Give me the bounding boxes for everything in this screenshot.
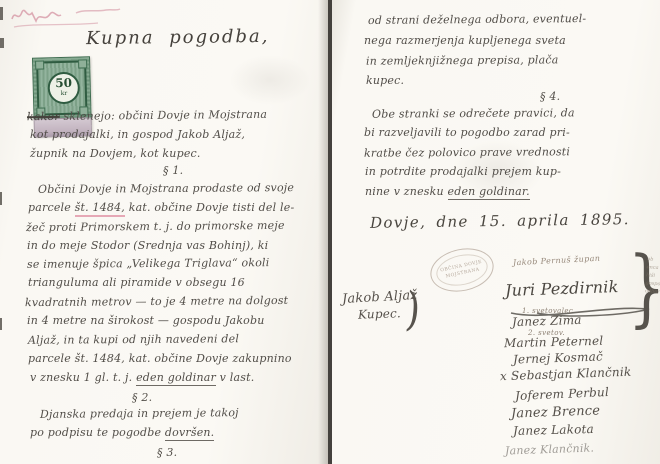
intro-line-2: kot prodajalki, in gospod Jakob Aljaž, bbox=[30, 129, 245, 141]
signature-member: Jernej Kosmač bbox=[513, 350, 603, 366]
contract-page-left: Kupna pogodba, 50 kr kakor sklenejo: obč… bbox=[0, 0, 328, 464]
section-1-price-line: v znesku 1 gl. t. j. eden goldinar v las… bbox=[30, 372, 254, 384]
scan-smudge bbox=[230, 55, 310, 105]
signature-member: Janez Klančnik. bbox=[505, 442, 595, 457]
section-4-line: bi razveljavili to pogodbo zarad pri- bbox=[364, 127, 570, 139]
section-1-line: Aljaž, in ta kupi od njih navedeni del bbox=[28, 333, 239, 347]
section-4-price-line: nine v znesku eden goldinar. bbox=[365, 186, 530, 198]
section-1-parcel-line: parcele št. 1484, kat. občine Dovje tist… bbox=[28, 202, 294, 214]
revenue-stamp-corner bbox=[78, 59, 87, 68]
struck-word: kakor bbox=[27, 110, 60, 123]
parcel-pre: parcele bbox=[28, 201, 75, 214]
paragraph-line: nega razmerjenja kupljenega sveta bbox=[364, 35, 566, 47]
intro-line-1: kakor sklenejo: občini Dovje in Mojstran… bbox=[27, 109, 267, 124]
closing-emphasis: dovršen. bbox=[165, 426, 214, 441]
page-gutter-shadow bbox=[318, 0, 328, 464]
revenue-stamp-unit: kr bbox=[50, 91, 78, 98]
buyer-bracket: ) bbox=[404, 283, 423, 335]
section-3-label: § 3. bbox=[157, 447, 177, 459]
contract-page-right: od strani deželnega odbora, eventuel- ne… bbox=[332, 0, 660, 464]
section-4-line: in potrdite prodajalki prejem kup- bbox=[365, 166, 561, 178]
scan-artifact bbox=[0, 7, 3, 20]
section-4-line: kratbe čez polovico prave vrednosti bbox=[364, 146, 570, 160]
council-margin-note: ob enca hiši gospode odbor bbox=[645, 255, 660, 296]
signature-member: Janez Brence bbox=[511, 404, 601, 421]
signature-buyer-role: Kupec. bbox=[358, 307, 401, 322]
signature-member: Martin Peternel bbox=[504, 335, 604, 351]
parcel-number-red-underline: št. 1484, bbox=[75, 201, 125, 217]
signature-councilor-1: Juri Pezdirnik bbox=[505, 278, 619, 300]
signature-member: x Sebastjan Klančnik bbox=[500, 366, 632, 384]
section-1-line: se imenuje špica „Velikega Triglava“ oko… bbox=[27, 257, 270, 271]
intro-line-1-text: sklenejo: občini Dovje in Mojstrana bbox=[63, 108, 267, 123]
price-emphasis: eden goldinar bbox=[136, 371, 216, 386]
document-title: Kupna pogodba, bbox=[86, 27, 270, 49]
section-4-label: § 4. bbox=[540, 91, 560, 103]
paragraph-line: in zemljeknjižnega prepisa, plača bbox=[366, 54, 559, 67]
signature-zupan: Jakob Pernuš župan bbox=[513, 255, 601, 268]
price-post: v last. bbox=[216, 371, 254, 384]
section-4-line: Obe stranki se odrečete pravici, da bbox=[372, 107, 575, 121]
scan-artifact bbox=[0, 318, 2, 330]
section-1-line: in do meje Stodor (Srednja vas Bohinj), … bbox=[27, 240, 268, 252]
section-2-line: Djanska predaja in prejem je takoj bbox=[40, 407, 239, 421]
price-emphasis: eden goldinar. bbox=[448, 185, 530, 200]
revenue-stamp: 50 kr bbox=[32, 56, 92, 136]
scan-artifact bbox=[0, 38, 4, 48]
revenue-stamp-corner bbox=[35, 60, 44, 69]
section-1-line: Občini Dovje in Mojstrana prodaste od sv… bbox=[38, 182, 294, 196]
signature-member: Joferem Perbul bbox=[515, 386, 610, 403]
closing-pre: po podpisu te pogodbe bbox=[30, 426, 165, 439]
section-1-line: žeč proti Primorskem t. j. do primorske … bbox=[26, 220, 285, 234]
section-1-line: in 4 metre na širokost — gospodu Jakobu bbox=[27, 315, 265, 327]
price-pre: v znesku 1 gl. t. j. bbox=[30, 371, 136, 384]
section-1-label: § 1. bbox=[163, 165, 183, 177]
municipal-seal: OBČINA DOVJE MOJSTRANA bbox=[426, 243, 497, 297]
parcel-post: kat. občine Dovje tisti del le- bbox=[125, 201, 294, 214]
council-note-line: odbor bbox=[645, 287, 660, 296]
paragraph-line: kupec. bbox=[366, 75, 404, 87]
section-1-line: parcele št. 1484, kat. občine Dovje zaku… bbox=[28, 353, 292, 365]
signature-councilor-2: Janez Zima bbox=[512, 314, 582, 330]
signature-member: Janez Lakota bbox=[513, 423, 594, 438]
section-1-line: trianguluma ali piramide v obsegu 16 bbox=[28, 277, 245, 289]
document-scan: Kupna pogodba, 50 kr kakor sklenejo: obč… bbox=[0, 0, 660, 464]
paragraph-line: od strani deželnega odbora, eventuel- bbox=[368, 13, 586, 27]
intro-line-3: župnik na Dovjem, kot kupec. bbox=[30, 148, 201, 160]
scan-artifact bbox=[0, 192, 2, 205]
section-2-closing-line: po podpisu te pogodbe dovršen. bbox=[30, 427, 214, 439]
section-2-label: § 2. bbox=[132, 392, 152, 404]
price-pre: nine v znesku bbox=[365, 185, 448, 198]
section-1-line: kvadratnih metrov — to je 4 metre na dol… bbox=[25, 295, 288, 309]
dateline: Dovje, dne 15. aprila 1895. bbox=[370, 211, 630, 231]
